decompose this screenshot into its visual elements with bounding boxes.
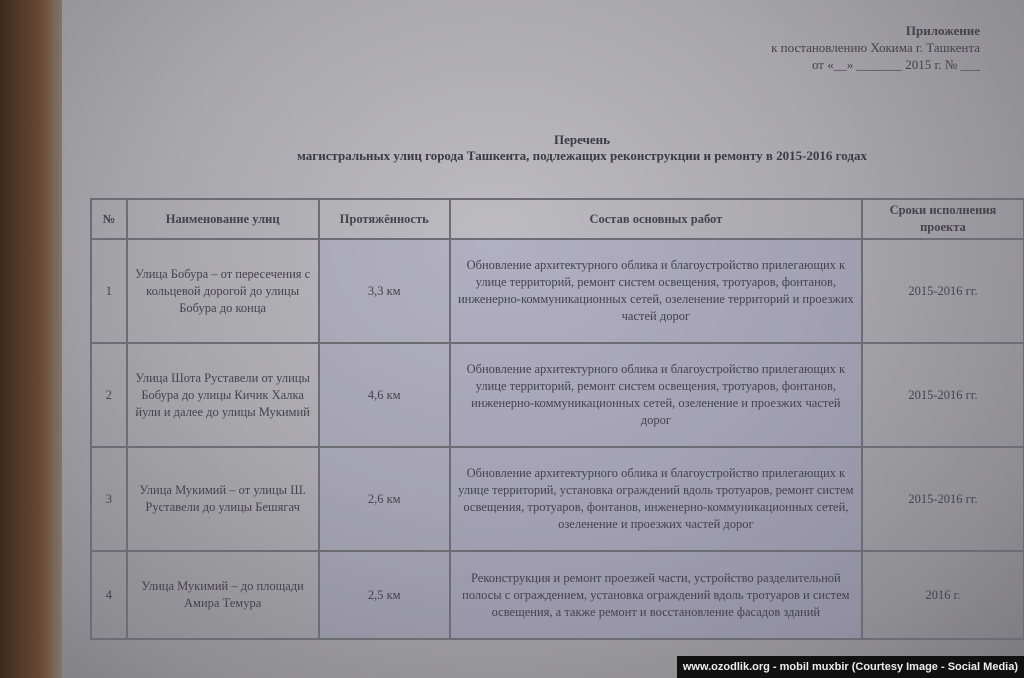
cell-works: Обновление архитектурного облика и благо…	[450, 239, 862, 343]
cell-no: 4	[91, 551, 127, 639]
cell-length: 2,5 км	[319, 551, 450, 639]
header-works: Состав основных работ	[450, 199, 862, 239]
document-heading: Перечень магистральных улиц города Ташке…	[212, 132, 952, 164]
cell-term: 2015-2016 гг.	[862, 447, 1024, 551]
approval-line-1: к постановлению Хокима г. Ташкента	[680, 39, 980, 56]
cell-length: 3,3 км	[319, 239, 450, 343]
cell-length: 4,6 км	[319, 343, 450, 447]
approval-title: Приложение	[680, 22, 980, 39]
cell-name: Улица Мукимий – до площади Амира Темура	[127, 551, 319, 639]
cell-term: 2015-2016 гг.	[862, 343, 1024, 447]
table-edge-background	[0, 0, 70, 678]
cell-name: Улица Мукимий – от улицы Ш. Руставели до…	[127, 447, 319, 551]
table-row: 2 Улица Шота Руставели от улицы Бобура д…	[91, 343, 1024, 447]
cell-term: 2015-2016 гг.	[862, 239, 1024, 343]
cell-no: 2	[91, 343, 127, 447]
document-title: Перечень	[212, 132, 952, 148]
document-page: Приложение к постановлению Хокима г. Таш…	[62, 0, 1024, 678]
table-row: 4 Улица Мукимий – до площади Амира Темур…	[91, 551, 1024, 639]
table-header-row: № Наименование улиц Протяжённость Состав…	[91, 199, 1024, 239]
image-credit-caption: www.ozodlik.org - mobil muxbir (Courtesy…	[677, 656, 1024, 678]
table-row: 1 Улица Бобура – от пересечения с кольце…	[91, 239, 1024, 343]
header-term: Сроки исполнения проекта	[862, 199, 1024, 239]
cell-no: 1	[91, 239, 127, 343]
header-length: Протяжённость	[319, 199, 450, 239]
header-name: Наименование улиц	[127, 199, 319, 239]
cell-name: Улица Бобура – от пересечения с кольцево…	[127, 239, 319, 343]
works-table: № Наименование улиц Протяжённость Состав…	[90, 198, 1024, 640]
document-subtitle: магистральных улиц города Ташкента, подл…	[212, 148, 952, 164]
cell-length: 2,6 км	[319, 447, 450, 551]
header-no: №	[91, 199, 127, 239]
cell-works: Реконструкция и ремонт проезжей части, у…	[450, 551, 862, 639]
cell-name: Улица Шота Руставели от улицы Бобура до …	[127, 343, 319, 447]
cell-works: Обновление архитектурного облика и благо…	[450, 343, 862, 447]
approval-line-2: от «__» _______ 2015 г. № ___	[680, 56, 980, 73]
cell-no: 3	[91, 447, 127, 551]
table-row: 3 Улица Мукимий – от улицы Ш. Руставели …	[91, 447, 1024, 551]
approval-stamp: Приложение к постановлению Хокима г. Таш…	[680, 22, 980, 73]
cell-term: 2016 г.	[862, 551, 1024, 639]
cell-works: Обновление архитектурного облика и благо…	[450, 447, 862, 551]
